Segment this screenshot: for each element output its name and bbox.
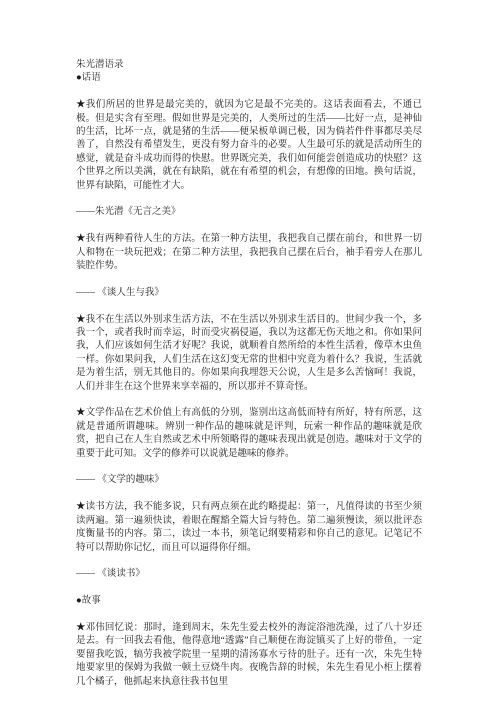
quote-paragraph-two-views-of-life: ★我有两种看待人生的方法。在第一种方法里，我把我自己摆在前台，和世界一切人和物在… (76, 233, 422, 273)
attribution-tandushu: —— 《谈读书》 (76, 568, 422, 581)
section-heading-remarks: ●话语 (76, 72, 422, 85)
quote-paragraph-dengwei-memory: ★邓伟回忆说：那时，逢到周末，朱先生爱去校外的海淀浴池洗澡，过了八十岁还是去。有… (76, 622, 422, 689)
attribution-wuyanzhimei: ——朱光潜《无言之美》 (76, 206, 422, 219)
quote-paragraph-living-within-life: ★我不在生活以外别求生活方法，不在生活以外别求生活目的。世间少我一个，多我一个，… (76, 314, 422, 394)
attribution-wenxuedequwei: —— 《文学的趣味》 (76, 474, 422, 487)
section-heading-stories: ●故事 (76, 595, 422, 608)
document-title: 朱光潜语录 (76, 59, 422, 72)
document-page: 朱光潜语录 ●话语 ★我们所居的世界是最完美的，就因为它是最不完美的。这话表面看… (0, 0, 496, 702)
quote-paragraph-literary-taste: ★文学作品在艺术价值上有高低的分别，鉴别出这高低而特有所好，特有所恶，这就是普通… (76, 407, 422, 461)
attribution-tanrenshengyuwo: —— 《谈人生与我》 (76, 287, 422, 300)
quote-paragraph-perfect-world: ★我们所居的世界是最完美的，就因为它是最不完美的。这话表面看去，不通已极。但是实… (76, 99, 422, 193)
quote-paragraph-reading-method: ★读书方法，我不能多说，只有两点须在此约略提起：第一，凡值得读的书至少须读两遍。… (76, 501, 422, 555)
